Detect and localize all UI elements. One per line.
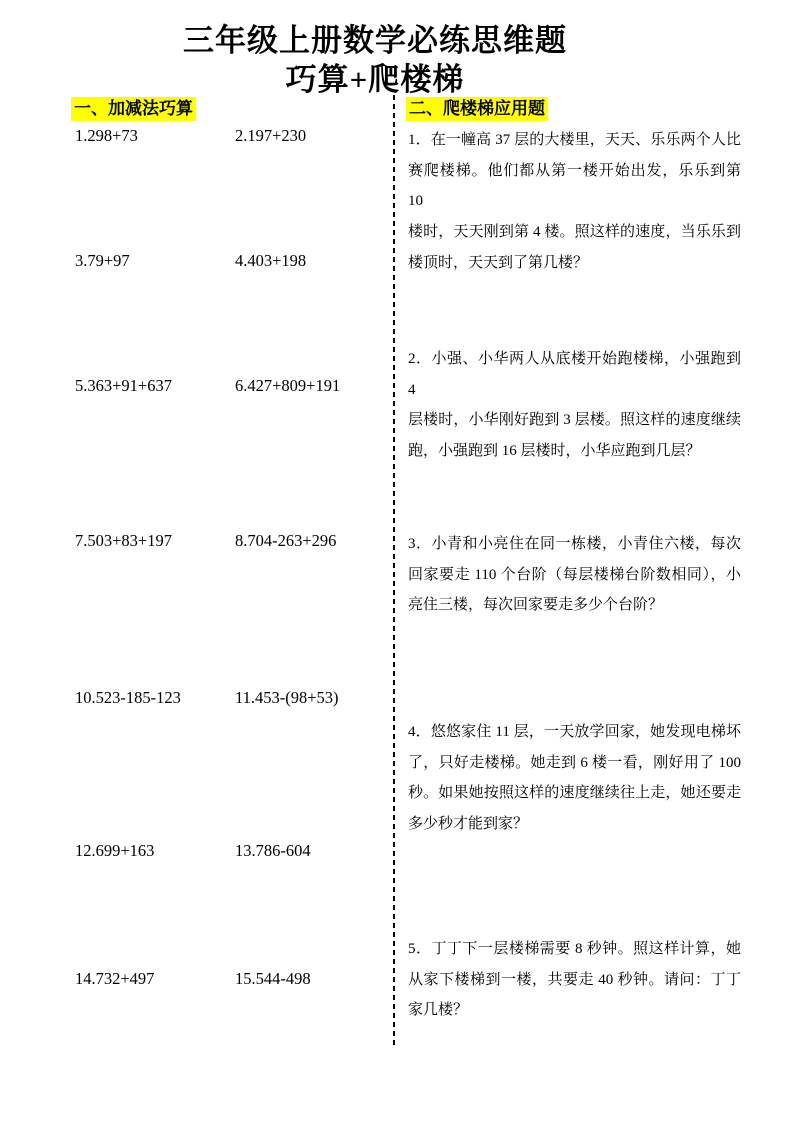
calc-expression: 2.197+230 (235, 126, 306, 146)
problem-line: 亮住三楼，每次回家要走多少个台阶？ (408, 590, 741, 621)
problem-line: 5．丁丁下一层楼梯需要 8 秒钟。照这样计算，她 (408, 934, 741, 965)
calc-problem-row: 7.503+83+197 8.704-263+296 (75, 531, 393, 551)
calc-problem-row: 3.79+97 4.403+198 (75, 251, 393, 271)
problem-line: 楼时，天天刚到第 4 楼。照这样的速度，当乐乐到 (408, 217, 741, 248)
calc-problem-row: 10.523-185-123 11.453-(98+53) (75, 688, 393, 708)
calc-expression: 5.363+91+637 (75, 376, 172, 395)
calc-problem-row: 14.732+497 15.544-498 (75, 969, 393, 989)
document-title: 三年级上册数学必练思维题 巧算+爬楼梯 (0, 21, 750, 99)
calc-expression: 4.403+198 (235, 251, 306, 271)
calc-expression: 13.786-604 (235, 841, 311, 861)
word-problem-1: 1．在一幢高 37 层的大楼里，天天、乐乐两个人比 赛爬楼梯。他们都从第一楼开始… (408, 125, 741, 279)
problem-line: 3．小青和小亮住在同一栋楼，小青住六楼，每次 (408, 529, 741, 560)
calc-expression: 3.79+97 (75, 251, 130, 270)
calc-expression: 7.503+83+197 (75, 531, 172, 550)
calc-expression: 6.427+809+191 (235, 376, 340, 396)
problem-line: 回家要走 110 个台阶（每层楼梯台阶数相同），小 (408, 560, 741, 591)
problem-line: 跑，小强跑到 16 层楼时，小华应跑到几层？ (408, 436, 741, 467)
problem-line: 2．小强、小华两人从底楼开始跑楼梯，小强跑到 4 (408, 344, 741, 405)
problem-line: 1．在一幢高 37 层的大楼里，天天、乐乐两个人比 (408, 125, 741, 156)
calc-expression: 15.544-498 (235, 969, 311, 989)
column-divider-dashed-line (393, 95, 395, 1045)
section-heading-stairs: 二、爬楼梯应用题 (406, 97, 548, 121)
worksheet-page: 三年级上册数学必练思维题 巧算+爬楼梯 一、加减法巧算 二、爬楼梯应用题 1.2… (0, 0, 793, 1122)
calc-expression: 11.453-(98+53) (235, 688, 339, 708)
problem-line: 层楼时，小华刚好跑到 3 层楼。照这样的速度继续 (408, 405, 741, 436)
problem-line: 赛爬楼梯。他们都从第一楼开始出发，乐乐到第 10 (408, 156, 741, 217)
word-problem-2: 2．小强、小华两人从底楼开始跑楼梯，小强跑到 4 层楼时，小华刚好跑到 3 层楼… (408, 344, 741, 467)
calc-expression: 14.732+497 (75, 969, 154, 988)
problem-line: 多少秒才能到家？ (408, 809, 741, 840)
word-problem-5: 5．丁丁下一层楼梯需要 8 秒钟。照这样计算，她 从家下楼梯到一楼，共要走 40… (408, 934, 741, 1026)
section-heading-calc: 一、加减法巧算 (71, 97, 196, 121)
problem-line: 秒。如果她按照这样的速度继续往上走，她还要走 (408, 778, 741, 809)
calc-problem-row: 12.699+163 13.786-604 (75, 841, 393, 861)
calc-expression: 8.704-263+296 (235, 531, 336, 551)
title-line-1: 三年级上册数学必练思维题 (0, 21, 750, 60)
problem-line: 4．悠悠家住 11 层，一天放学回家，她发现电梯坏 (408, 717, 741, 748)
problem-line: 家几楼？ (408, 995, 741, 1026)
calc-expression: 1.298+73 (75, 126, 138, 145)
calc-expression: 10.523-185-123 (75, 688, 181, 707)
word-problem-3: 3．小青和小亮住在同一栋楼，小青住六楼，每次 回家要走 110 个台阶（每层楼梯… (408, 529, 741, 621)
calc-expression: 12.699+163 (75, 841, 154, 860)
problem-line: 楼顶时，天天到了第几楼？ (408, 248, 741, 279)
problem-line: 从家下楼梯到一楼，共要走 40 秒钟。请问：丁丁 (408, 965, 741, 996)
calc-problem-row: 5.363+91+637 6.427+809+191 (75, 376, 393, 396)
problem-line: 了，只好走楼梯。她走到 6 楼一看，刚好用了 100 (408, 748, 741, 779)
calc-problem-row: 1.298+73 2.197+230 (75, 126, 393, 146)
word-problem-4: 4．悠悠家住 11 层，一天放学回家，她发现电梯坏 了，只好走楼梯。她走到 6 … (408, 717, 741, 840)
title-line-2: 巧算+爬楼梯 (0, 60, 750, 99)
